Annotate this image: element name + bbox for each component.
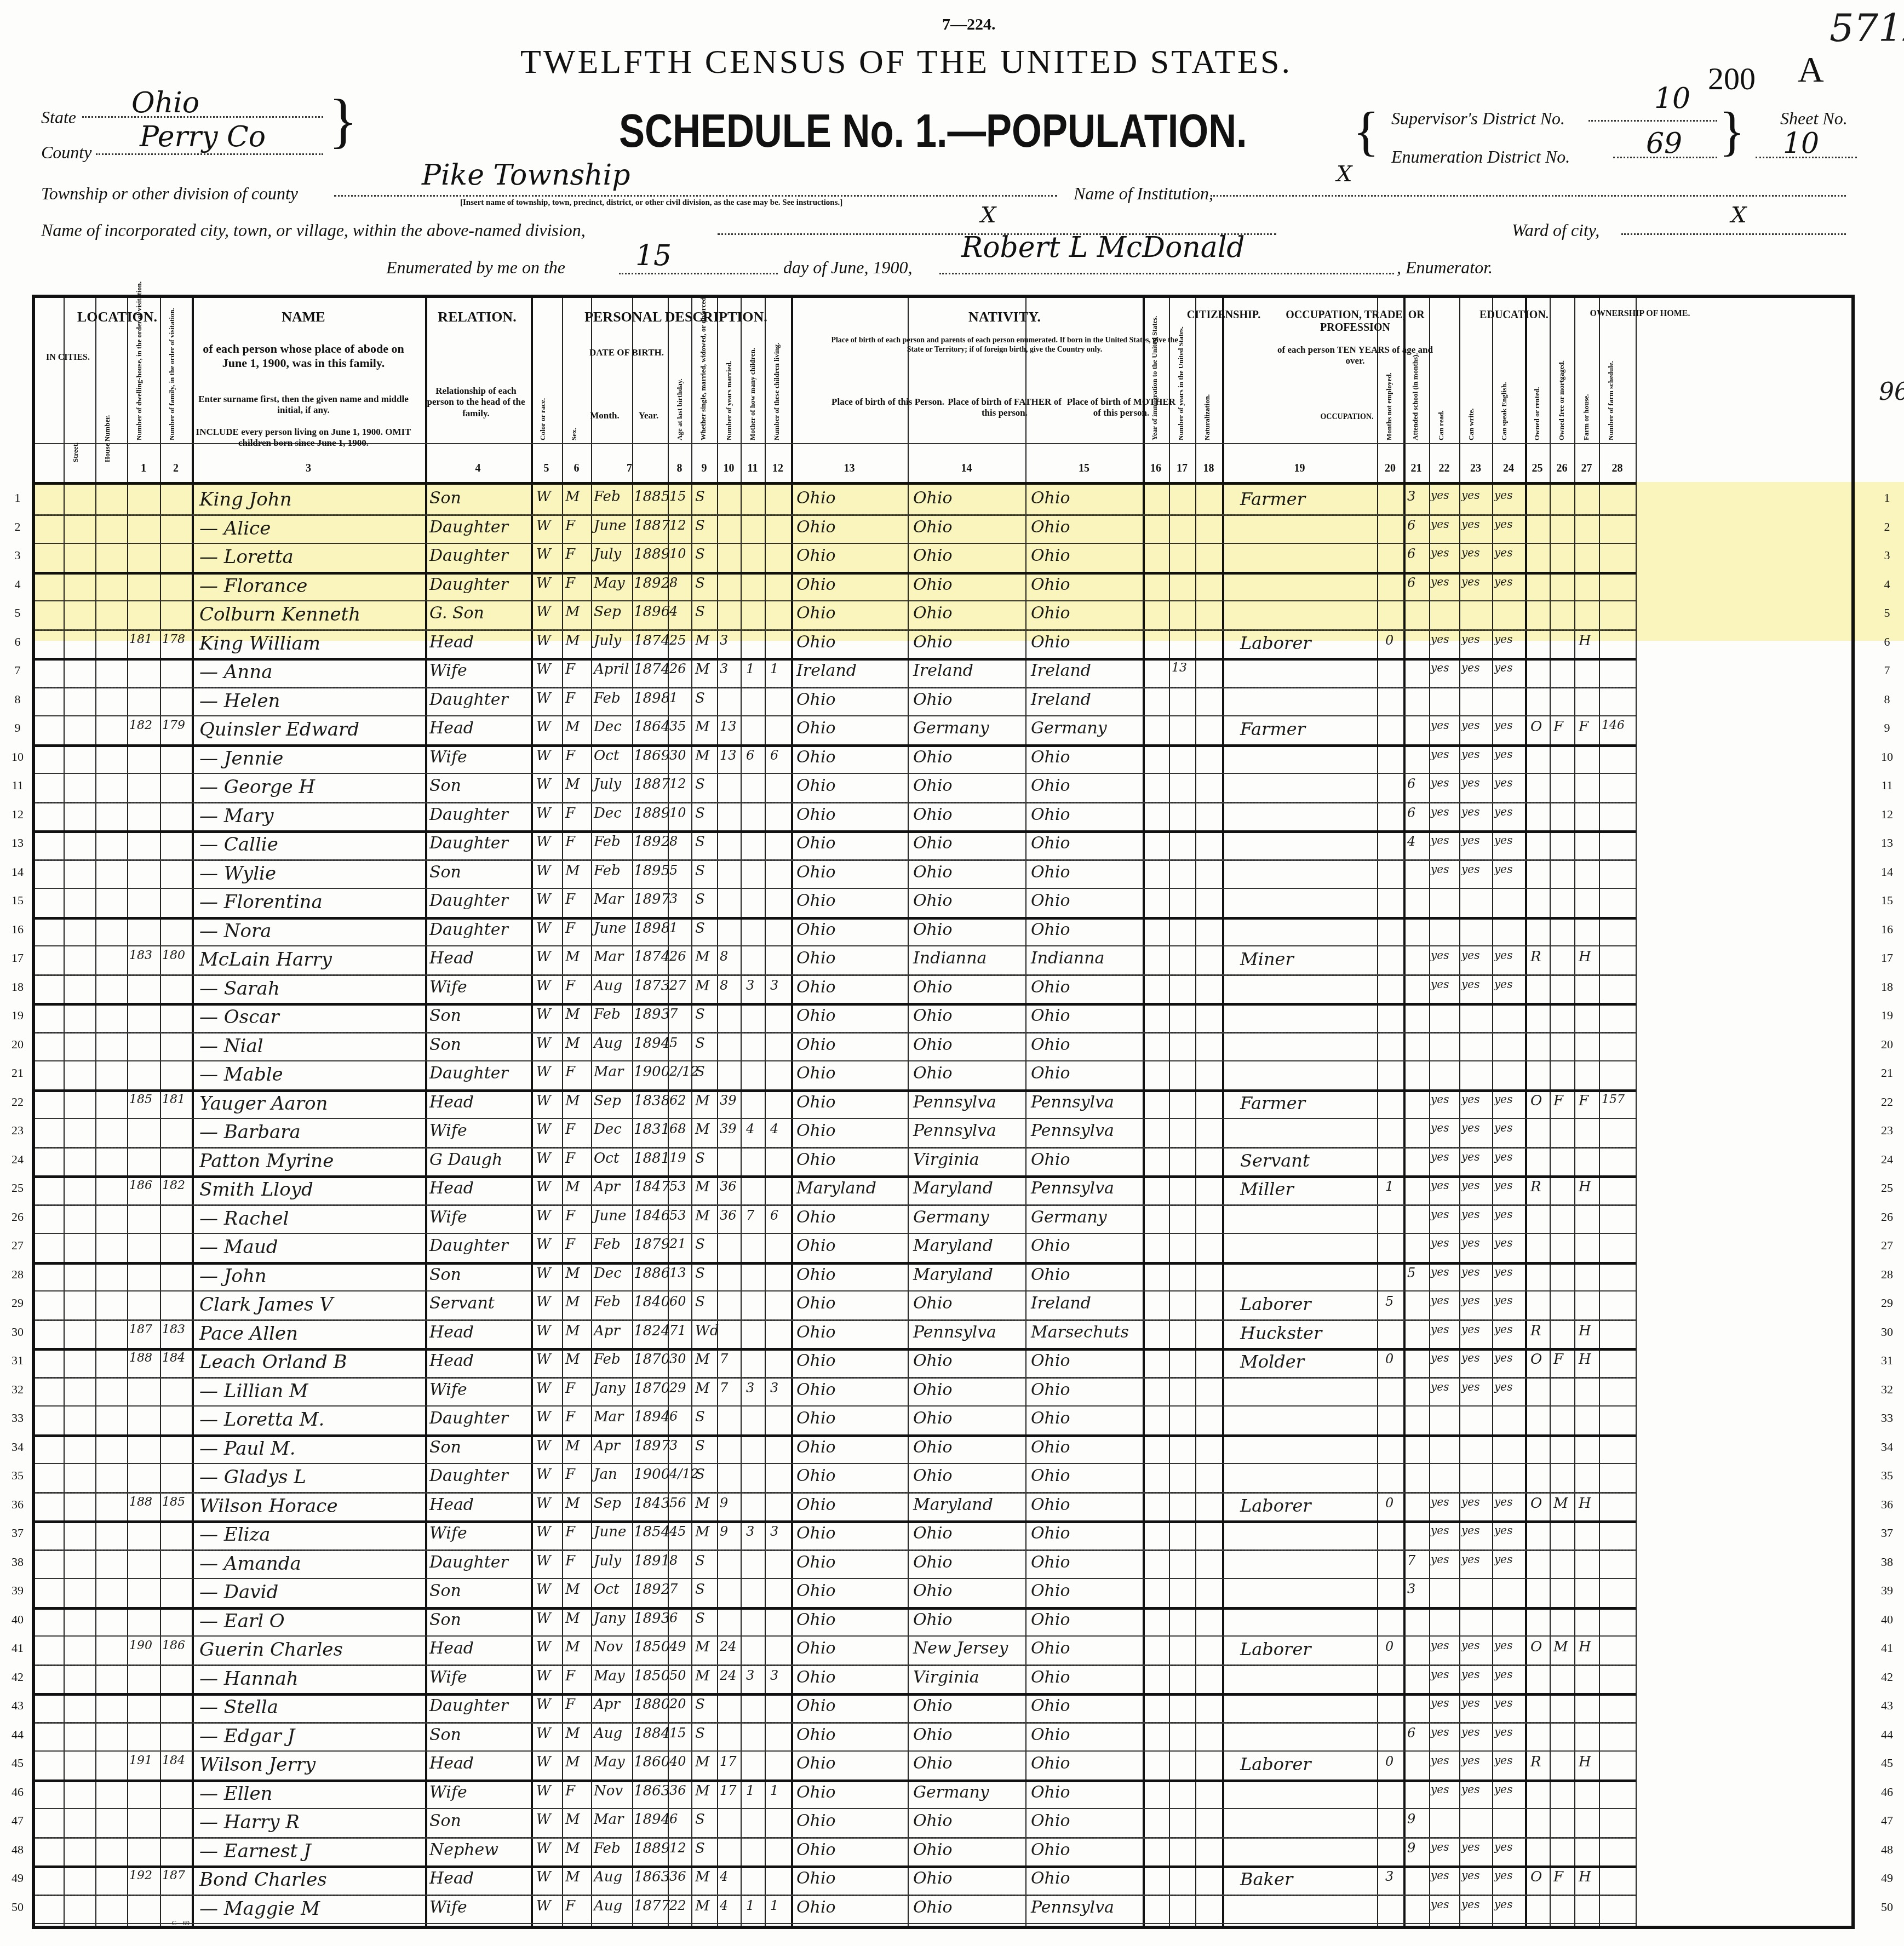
birth-year: 1892 (634, 834, 670, 850)
birthplace-father: Virginia (913, 1150, 979, 1169)
relation: Son (429, 1725, 461, 1744)
owned-rented: R (1530, 1323, 1541, 1339)
children-living: 1 (770, 1783, 778, 1798)
row-number-right: 20 (1876, 1037, 1898, 1052)
can-speak-english: yes (1494, 776, 1512, 789)
children-born: 3 (746, 1668, 754, 1683)
color: W (536, 1179, 551, 1195)
birthplace-father: Virginia (913, 1668, 979, 1687)
enumeration-district-field[interactable]: 69 (1613, 138, 1717, 158)
person-name: — Oscar (199, 1006, 279, 1028)
birthplace-father: Ohio (913, 1696, 953, 1715)
sex: M (565, 1725, 580, 1742)
birthplace-person: Ohio (796, 1524, 836, 1543)
marital-status: S (695, 1610, 705, 1627)
column-number: 16 (1143, 462, 1169, 475)
column-number: 26 (1550, 462, 1574, 475)
age: 45 (669, 1524, 686, 1539)
header-nativity: NATIVITY. (829, 309, 1180, 325)
color: W (536, 1323, 551, 1339)
row-divider (35, 1348, 1636, 1351)
owned-rented: O (1530, 719, 1542, 735)
row-divider (35, 715, 1636, 716)
row-divider (35, 1549, 1636, 1551)
birth-year: 1869 (634, 748, 670, 764)
row-number-right: 45 (1876, 1756, 1898, 1770)
township-label: Township or other division of county (41, 183, 298, 204)
row-divider (35, 802, 1636, 803)
can-write: yes (1461, 1898, 1479, 1911)
sheet-label: Sheet No. (1780, 108, 1848, 129)
row-number-left: 14 (7, 865, 28, 879)
row-number-right: 22 (1876, 1095, 1898, 1109)
color: W (536, 1409, 551, 1425)
years-married: 3 (720, 661, 728, 676)
marital-status: S (695, 1725, 705, 1742)
sex: F (565, 1064, 575, 1080)
school-months: 3 (1407, 1581, 1415, 1597)
can-write: yes (1461, 661, 1479, 674)
can-read: yes (1431, 1840, 1449, 1853)
row-divider (35, 1837, 1636, 1839)
sheet-field[interactable]: 10 (1756, 138, 1857, 158)
row-divider (35, 888, 1636, 889)
township-field[interactable]: Pike Township (334, 175, 1057, 197)
birthplace-mother: Ohio (1031, 1409, 1070, 1428)
family-number: 187 (162, 1869, 185, 1882)
relation: Servant (429, 1294, 495, 1313)
row-divider (35, 1003, 1636, 1006)
owned-free-mortgaged: F (1553, 1351, 1563, 1368)
birth-year: 1897 (634, 891, 670, 908)
sex: F (565, 1466, 575, 1483)
relation: Son (429, 1006, 461, 1025)
row-number-right: 1 (1876, 491, 1898, 505)
can-write: yes (1461, 1754, 1479, 1767)
marital-status: S (695, 1840, 705, 1857)
birthplace-mother: Ohio (1031, 920, 1070, 939)
birth-month: Mar (594, 1064, 624, 1080)
enumeration-district-label: Enumeration District No. (1391, 147, 1570, 167)
relation: Daughter (429, 891, 508, 910)
can-write: yes (1461, 1524, 1479, 1537)
children-living: 3 (770, 978, 778, 993)
relation: Wife (429, 1380, 467, 1399)
birthplace-father: Ohio (913, 978, 953, 997)
row-number-right: 48 (1876, 1842, 1898, 1857)
row-number-right: 4 (1876, 577, 1898, 592)
color: W (536, 1121, 551, 1138)
county-field[interactable]: Perry Co (96, 131, 323, 155)
birthplace-mother: Ireland (1031, 690, 1091, 709)
dwelling-number: 190 (129, 1639, 152, 1652)
birth-month: Mar (594, 1409, 624, 1425)
column-number: 7 (591, 462, 668, 475)
row-number-right: 50 (1876, 1900, 1898, 1914)
marital-status: M (695, 949, 710, 965)
can-read: yes (1431, 978, 1449, 991)
can-read: yes (1431, 1783, 1449, 1796)
person-name: — Earl O (199, 1610, 285, 1632)
sex: F (565, 1380, 575, 1397)
color: W (536, 1668, 551, 1684)
birthplace-mother: Germany (1031, 1208, 1107, 1227)
row-divider (35, 744, 1636, 747)
sex: F (565, 1696, 575, 1713)
sex: F (565, 1553, 575, 1569)
birthplace-father: Ohio (913, 1035, 953, 1054)
school-months: 7 (1407, 1553, 1415, 1568)
age: 36 (669, 1869, 686, 1884)
schedule-title: SCHEDULE No. 1.—POPULATION. (619, 104, 1247, 158)
can-read: yes (1431, 1323, 1449, 1336)
age: 27 (669, 978, 686, 993)
can-read: yes (1431, 1754, 1449, 1767)
years-married: 13 (720, 748, 737, 763)
can-speak-english: yes (1494, 1495, 1512, 1508)
column-number: 9 (691, 462, 717, 475)
sex: F (565, 1898, 575, 1914)
birthplace-father: Germany (913, 1208, 989, 1227)
dwelling-number: 188 (129, 1495, 152, 1509)
enumerated-day: 15 (635, 239, 672, 272)
birthplace-person: Ohio (796, 1380, 836, 1399)
birth-month: June (594, 920, 626, 937)
birth-year: 1850 (634, 1639, 670, 1655)
birthplace-person: Ohio (796, 1696, 836, 1715)
vertical-header-cl: Number of these children living. (772, 336, 781, 440)
row-number-right: 34 (1876, 1440, 1898, 1454)
birthplace-mother: Pennsylva (1031, 1121, 1114, 1140)
enumerated-day-field[interactable]: 15 (619, 253, 778, 274)
family-number: 179 (162, 719, 185, 732)
enumerator-field[interactable]: Robert L McDonald (939, 253, 1394, 274)
person-name: — Edgar J (199, 1725, 295, 1747)
marital-status: S (695, 1035, 705, 1052)
row-number-left: 20 (7, 1037, 28, 1052)
header-birth-mother: Place of birth of MOTHER of this person. (1064, 397, 1179, 419)
sex: F (565, 1150, 575, 1167)
sex: M (565, 776, 580, 793)
row-divider (35, 1923, 1636, 1924)
birth-year: 1850 (634, 1668, 670, 1684)
color: W (536, 1380, 551, 1397)
age: 29 (669, 1380, 686, 1396)
row-divider (35, 1405, 1636, 1407)
header-name-desc: of each person whose place of abode on J… (194, 342, 413, 371)
occupation: Laborer (1240, 1495, 1311, 1516)
birthplace-father: Ohio (913, 1869, 953, 1888)
children-born: 4 (746, 1121, 754, 1136)
children-born: 1 (746, 661, 754, 676)
sex: M (565, 1639, 580, 1655)
children-born: 1 (746, 1783, 754, 1798)
row-divider (35, 1722, 1636, 1724)
can-read: yes (1431, 1093, 1449, 1106)
birth-year: 1897 (634, 1438, 670, 1454)
birthplace-mother: Germany (1031, 719, 1107, 738)
owned-free-mortgaged: F (1553, 719, 1563, 735)
marital-status: M (695, 978, 710, 994)
relation: Wife (429, 1121, 467, 1140)
marital-status: M (695, 748, 710, 764)
birthplace-mother: Pennsylva (1031, 1179, 1114, 1198)
person-name: — Paul M. (199, 1438, 296, 1460)
sex: M (565, 1754, 580, 1770)
birth-month: June (594, 1208, 626, 1224)
birthplace-mother: Ohio (1031, 891, 1070, 910)
birth-month: Jan (594, 1466, 617, 1483)
color: W (536, 863, 551, 879)
person-name: Guerin Charles (199, 1639, 343, 1661)
person-name: — Callie (199, 834, 278, 856)
row-number-right: 23 (1876, 1123, 1898, 1138)
row-divider (35, 974, 1636, 976)
birthplace-mother: Ohio (1031, 978, 1070, 997)
years-married: 36 (720, 1208, 737, 1223)
birth-month: Oct (594, 1150, 619, 1167)
birth-year: 1863 (634, 1869, 670, 1885)
birth-year: 1891 (634, 1553, 670, 1569)
birth-month: Feb (594, 1236, 621, 1253)
birthplace-mother: Ireland (1031, 661, 1091, 680)
column-number: 21 (1403, 462, 1429, 475)
header-occupation: OCCUPATION, TRADE, OR PROFESSION (1270, 309, 1440, 334)
vertical-header-own: Owned or rented. (1533, 336, 1541, 440)
color: W (536, 1811, 551, 1828)
row-number-right: 14 (1876, 865, 1898, 879)
birthplace-person: Ohio (796, 949, 836, 968)
can-speak-english: yes (1494, 1754, 1512, 1767)
sex: F (565, 920, 575, 937)
birth-year: 1831 (634, 1121, 670, 1138)
state-field[interactable]: Ohio (82, 92, 323, 118)
sex: M (565, 1438, 580, 1454)
years-married: 39 (720, 1121, 737, 1136)
header-citizenship: CITIZENSHIP. (1180, 309, 1268, 322)
birthplace-person: Ohio (796, 1093, 836, 1112)
occupation: Baker (1240, 1869, 1293, 1890)
birth-year: 1893 (634, 1610, 670, 1627)
can-speak-english: yes (1494, 1696, 1512, 1709)
sheet-letter: A (1798, 49, 1824, 91)
birthplace-mother: Ohio (1031, 1150, 1070, 1169)
row-number-left: 36 (7, 1497, 28, 1512)
can-write: yes (1461, 805, 1479, 818)
row-number-left: 24 (7, 1152, 28, 1167)
birthplace-father: Pennsylva (913, 1093, 996, 1112)
form-code: 7—224. (942, 15, 996, 34)
can-speak-english: yes (1494, 1639, 1512, 1652)
can-read: yes (1431, 1869, 1449, 1882)
row-number-right: 26 (1876, 1210, 1898, 1224)
relation: Daughter (429, 690, 508, 709)
years-married: 7 (720, 1351, 728, 1367)
birthplace-father: Ohio (913, 1524, 953, 1543)
institution-field[interactable]: X (1211, 175, 1846, 197)
can-speak-english: yes (1494, 1093, 1512, 1106)
row-number-left: 15 (7, 893, 28, 908)
occupation: Laborer (1240, 1294, 1311, 1314)
birth-year: 1889 (634, 1840, 670, 1857)
birthplace-person: Ohio (796, 1639, 836, 1658)
can-speak-english: yes (1494, 1323, 1512, 1336)
years-married: 8 (720, 978, 728, 993)
supervisor-district-field[interactable]: 10 (1588, 101, 1717, 122)
marital-status: M (695, 1869, 710, 1885)
color: W (536, 1696, 551, 1713)
row-number-left: 45 (7, 1756, 28, 1770)
row-number-right: 19 (1876, 1008, 1898, 1023)
can-speak-english: yes (1494, 1179, 1512, 1192)
sex: M (565, 1869, 580, 1885)
row-divider (35, 773, 1636, 774)
person-name: — Sarah (199, 978, 280, 1000)
person-name: Bond Charles (199, 1869, 327, 1891)
age: 12 (669, 776, 686, 791)
can-read: yes (1431, 1696, 1449, 1709)
birthplace-mother: Ohio (1031, 1064, 1070, 1083)
dwelling-number: 191 (129, 1754, 152, 1767)
marital-status: M (695, 1208, 710, 1224)
marital-status: M (695, 1093, 710, 1109)
marital-status: S (695, 1294, 705, 1310)
person-name: — Jennie (199, 748, 283, 770)
birthplace-father: Ohio (913, 1610, 953, 1629)
can-read: yes (1431, 1351, 1449, 1364)
row-number-right: 31 (1876, 1353, 1898, 1368)
birthplace-person: Ohio (796, 1351, 836, 1370)
color: W (536, 978, 551, 994)
birth-year: 1894 (634, 1811, 670, 1828)
vertical-header-imm: Year of immigration to the United States… (1150, 336, 1159, 440)
can-write: yes (1461, 1236, 1479, 1249)
dwelling-number: 188 (129, 1351, 152, 1365)
farm-house: F (1579, 719, 1588, 735)
birth-month: Jany (594, 1610, 625, 1627)
row-number-right: 12 (1876, 807, 1898, 822)
birthplace-person: Ohio (796, 719, 836, 738)
row-divider (35, 945, 1636, 946)
color: W (536, 1495, 551, 1512)
state-value: Ohio (131, 87, 199, 119)
row-number-left: 40 (7, 1612, 28, 1627)
row-number-left: 44 (7, 1727, 28, 1742)
enumerator-label: , Enumerator. (1397, 257, 1493, 278)
farm-house: H (1579, 1639, 1591, 1655)
relation: Son (429, 1610, 461, 1629)
birth-month: Apr (594, 1438, 620, 1454)
marital-status: S (695, 1811, 705, 1828)
can-read: yes (1431, 661, 1449, 674)
row-number-left: 16 (7, 922, 28, 937)
birthplace-father: Ohio (913, 920, 953, 939)
school-months: 6 (1407, 1725, 1415, 1741)
marital-status: S (695, 920, 705, 937)
children-born: 3 (746, 978, 754, 993)
birthplace-person: Ohio (796, 1811, 836, 1830)
person-name: Clark James V (199, 1294, 333, 1316)
marital-status: M (695, 1495, 710, 1512)
row-divider (35, 1895, 1636, 1896)
relation: Head (429, 1351, 474, 1370)
relation: Son (429, 776, 461, 795)
marital-status: Wd (695, 1323, 719, 1339)
marital-status: S (695, 1064, 705, 1080)
relation: Head (429, 949, 474, 968)
row-number-left: 10 (7, 750, 28, 764)
school-months: 9 (1407, 1811, 1415, 1827)
ward-field[interactable]: X (1621, 214, 1846, 235)
color: W (536, 776, 551, 793)
children-born: 3 (746, 1524, 754, 1539)
birthplace-mother: Ohio (1031, 1581, 1070, 1600)
birthplace-person: Ohio (796, 1323, 836, 1342)
row-number-left: 47 (7, 1813, 28, 1828)
months-unemployed: 1 (1385, 1179, 1393, 1194)
age: 6 (669, 1811, 678, 1827)
age: 19 (669, 1150, 686, 1166)
relation: Head (429, 1179, 474, 1198)
color: W (536, 891, 551, 908)
can-write: yes (1461, 1380, 1479, 1393)
relation: Daughter (429, 920, 508, 939)
header-in-cities: IN CITIES. (41, 353, 95, 363)
birthplace-mother: Indianna (1031, 949, 1104, 968)
header-occupation-sub: OCCUPATION. (1273, 413, 1421, 422)
row-divider (35, 1779, 1636, 1782)
birthplace-father: Maryland (913, 1265, 993, 1284)
birthplace-person: Ohio (796, 1064, 836, 1083)
birth-year: 1887 (634, 776, 670, 793)
relation: Head (429, 1093, 474, 1112)
birth-year: 1877 (634, 1898, 670, 1914)
birthplace-mother: Ohio (1031, 1438, 1070, 1457)
row-number-left: 38 (7, 1555, 28, 1569)
school-months: 5 (1407, 1265, 1415, 1281)
owned-rented: R (1530, 949, 1541, 965)
age: 3 (669, 891, 678, 906)
birth-month: May (594, 1668, 625, 1684)
sex: M (565, 1179, 580, 1195)
enumerator-name: Robert L McDonald (961, 231, 1245, 264)
person-name: — John (199, 1265, 267, 1287)
brace-district-open: { (1353, 107, 1379, 156)
sex: M (565, 1323, 580, 1339)
row-number-right: 42 (1876, 1670, 1898, 1684)
can-write: yes (1461, 719, 1479, 732)
row-divider (35, 1865, 1636, 1868)
column-number: 10 (717, 462, 741, 475)
family-number: 180 (162, 949, 185, 962)
column-number: 13 (791, 462, 908, 475)
row-number-right: 38 (1876, 1555, 1898, 1569)
row-number-right: 49 (1876, 1871, 1898, 1885)
birthplace-person: Maryland (796, 1179, 876, 1198)
vertical-header-color: Color or race. (538, 336, 547, 440)
occupation: Huckster (1240, 1323, 1322, 1344)
row-number-right: 37 (1876, 1526, 1898, 1540)
relation: Daughter (429, 1553, 508, 1572)
sex: F (565, 1236, 575, 1253)
marital-status: S (695, 690, 705, 707)
row-number-left: 21 (7, 1066, 28, 1080)
farm-house: H (1579, 1495, 1591, 1512)
birthplace-mother: Ohio (1031, 1495, 1070, 1514)
marital-status: S (695, 1553, 705, 1569)
marital-status: M (695, 719, 710, 735)
column-number: 12 (765, 462, 791, 475)
